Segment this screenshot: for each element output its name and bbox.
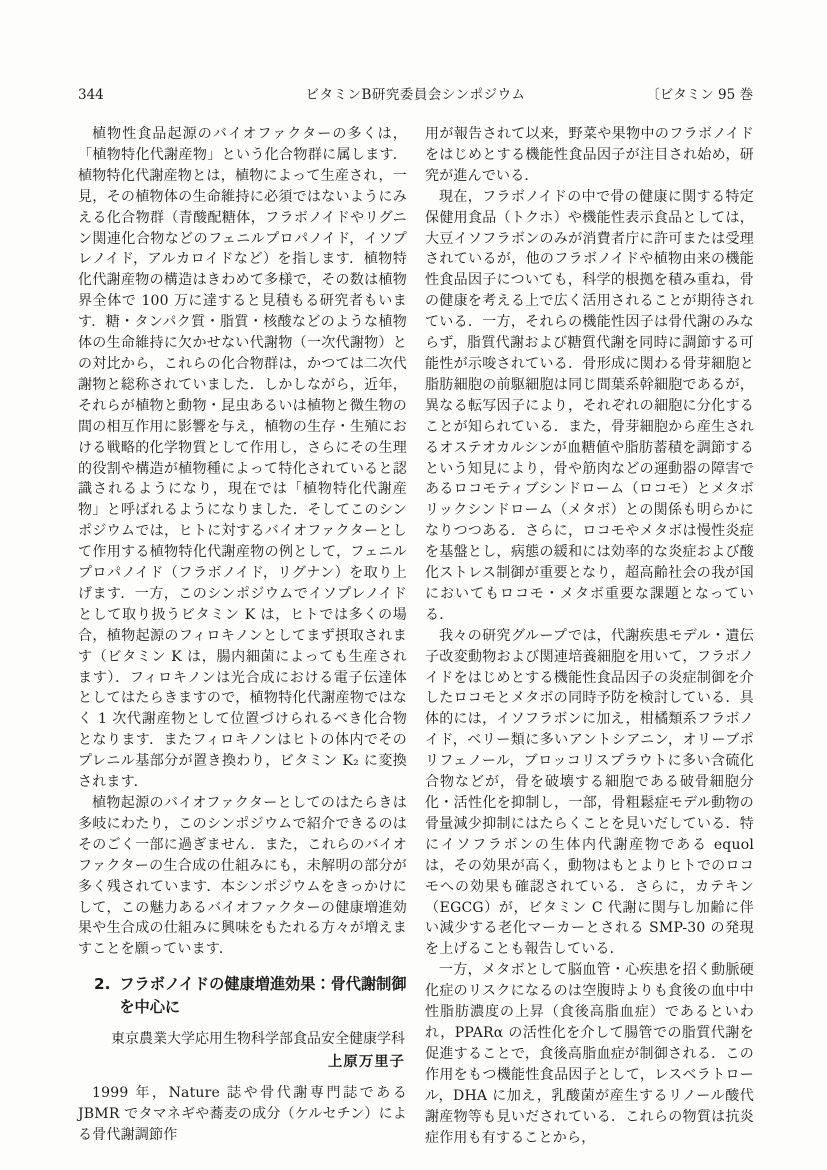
section-title: フラボノイドの健康増進効果：骨代謝制御を中心に (119, 973, 407, 1019)
left-column: 植物性食品起源のバイオファクターの多くは，「植物特化代謝産物」という化合物群に属… (78, 124, 407, 1148)
intro-paragraph-1: 植物性食品起源のバイオファクターの多くは，「植物特化代謝産物」という化合物群に属… (78, 124, 407, 793)
section2-paragraph-3: 我々の研究グループでは，代謝疾患モデル・遺伝子改変動物および関連培養細胞を用いて… (425, 626, 754, 961)
section2-paragraph-4: 一方，メタボとして脳血管・心疾患を招く動脈硬化症のリスクになるのは空腹時よりも食… (425, 960, 754, 1148)
section2-paragraph-continued: 用が報告されて以来，野菜や果物中のフラボノイドをはじめとする機能性食品因子が注目… (425, 124, 754, 187)
right-column: 用が報告されて以来，野菜や果物中のフラボノイドをはじめとする機能性食品因子が注目… (425, 124, 754, 1148)
section2-paragraph-start: 1999 年，Nature 誌や骨代謝専門誌である JBMR でタマネギや蕎麦の… (78, 1083, 407, 1146)
intro-paragraph-2: 植物起源のバイオファクターとしてのはたらきは多岐にわたり，このシンポジウムで紹介… (78, 793, 407, 960)
section-heading: 2. フラボノイドの健康増進効果：骨代謝制御を中心に (94, 973, 407, 1019)
paper-page: 344 ビタミンB研究委員会シンポジウム 〔ビタミン 95 巻 植物性食品起源の… (0, 0, 827, 1170)
section-number: 2. (94, 973, 110, 996)
section2-paragraph-2: 現在，フラボノイドの中で骨の健康に関する特定保健用食品（トクホ）や機能性表示食品… (425, 187, 754, 626)
page-header: 344 ビタミンB研究委員会シンポジウム 〔ビタミン 95 巻 (78, 86, 753, 104)
author-affiliation: 東京農業大学応用生物科学部食品安全健康学科 (78, 1029, 405, 1050)
author-name: 上原万里子 (78, 1052, 405, 1073)
journal-volume-label: 〔ビタミン 95 巻 (646, 86, 753, 104)
two-column-body: 植物性食品起源のバイオファクターの多くは，「植物特化代謝産物」という化合物群に属… (78, 124, 754, 1148)
